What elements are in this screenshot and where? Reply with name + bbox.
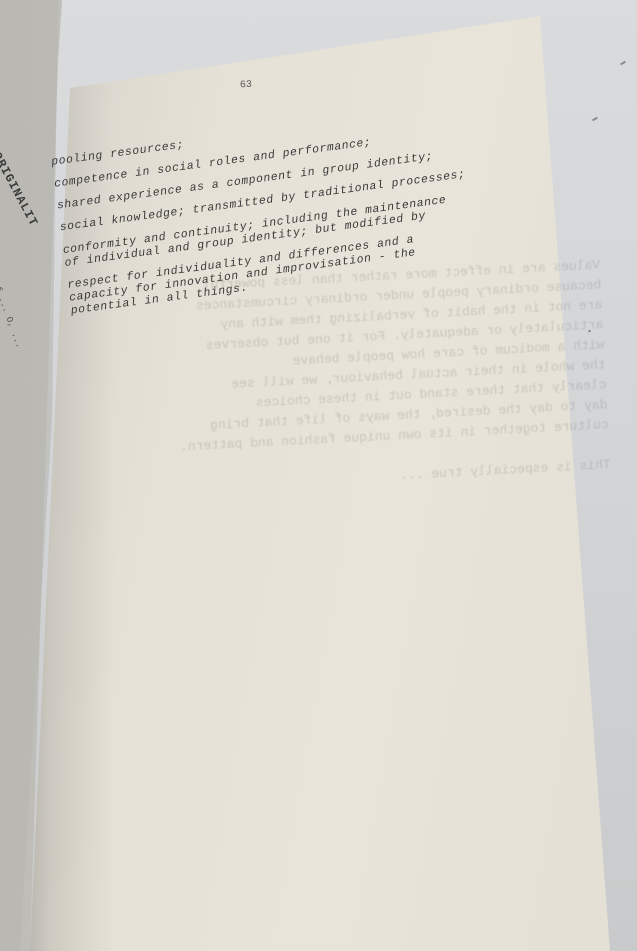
page-number: 63 [240, 80, 252, 91]
